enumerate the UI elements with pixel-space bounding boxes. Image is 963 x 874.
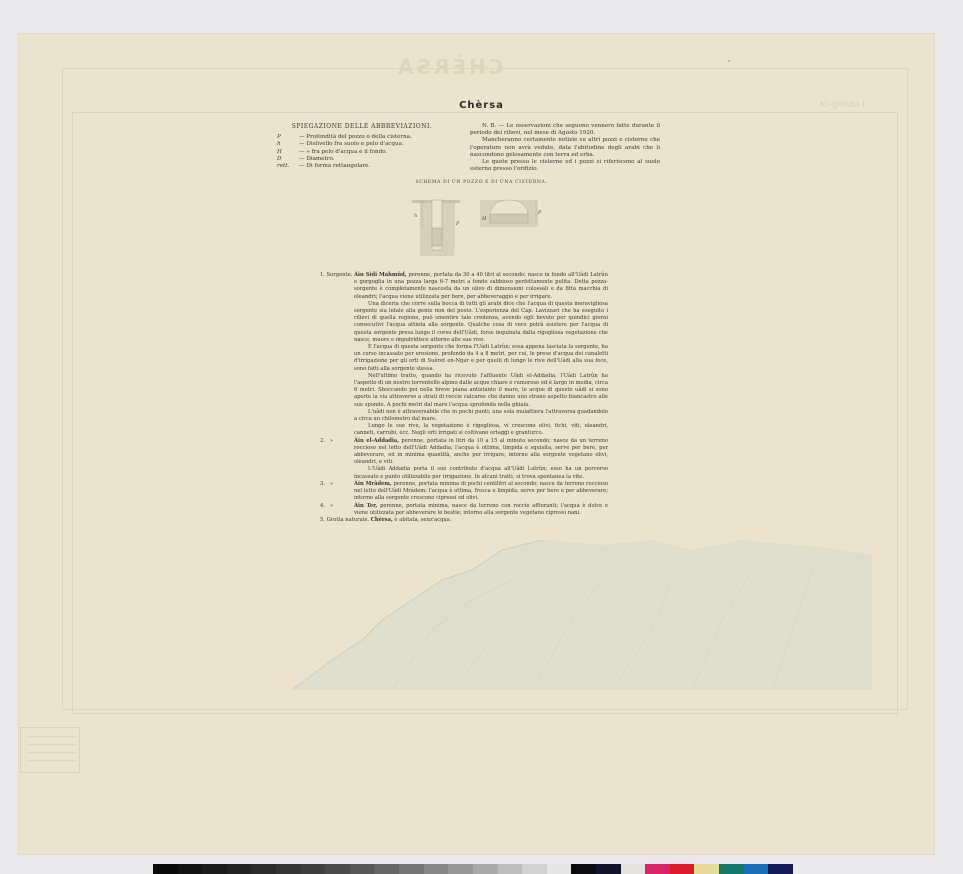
color-swatch	[694, 864, 719, 874]
color-swatch	[498, 864, 523, 874]
nb-paragraph: Le quote presso le cisterne ed i pozzi s…	[470, 159, 660, 173]
faint-topographic-map	[272, 540, 872, 690]
schema-caption: SCHEMA DI UN POZZO E DI UNA CISTERNA.	[0, 180, 963, 185]
nota-bene: N. B. — Le osservazioni che seguono venn…	[470, 123, 660, 173]
entry-prefix: 5. Grotta naturale.	[320, 517, 369, 523]
legend-row: rett. — Di forma rettangolare.	[277, 163, 447, 170]
entry-text: perenne, portata minima, nasce da terren…	[354, 503, 608, 516]
paper-speck	[728, 60, 730, 62]
diagram-label-h: h	[414, 213, 417, 219]
color-swatch	[374, 864, 399, 874]
entry-number: 3. »	[320, 481, 354, 503]
entry-4: 4. » Àin Ter, perenne, portata minima, n…	[320, 503, 608, 517]
color-swatch	[473, 864, 498, 874]
legend-row: H — » fra pelo d'acqua e il fondo.	[277, 149, 447, 156]
color-swatch	[276, 864, 301, 874]
color-swatch	[399, 864, 424, 874]
color-swatch	[251, 864, 276, 874]
legend-row: h — Dislivello fra suolo e pelo d'acqua.	[277, 141, 447, 148]
legend-text: — » fra pelo d'acqua e il fondo.	[299, 149, 387, 156]
diagram-label-p: P	[455, 221, 460, 227]
legend-key: D	[277, 156, 299, 163]
entry-paragraph: Lungo le sue rive, la vegetazione è rigo…	[354, 423, 608, 437]
diagram-label-p-right: P	[537, 210, 542, 216]
color-swatch	[645, 864, 670, 874]
color-swatch	[153, 864, 178, 874]
color-swatch	[719, 864, 744, 874]
color-calibration-bar	[153, 864, 793, 874]
entry-1: 1. Sorgente. Àin Sidi Mahmûd, perenne, p…	[320, 272, 608, 438]
nb-paragraph: N. B. — Le osservazioni che seguono venn…	[470, 123, 660, 137]
well-cistern-diagram: h P H P	[400, 192, 560, 272]
entry-number: 2. »	[320, 438, 354, 481]
legend-text: — Diametro.	[299, 156, 335, 163]
legend-key: H	[277, 149, 299, 156]
legend-text: — Di forma rettangolare.	[299, 163, 370, 170]
color-swatch	[424, 864, 449, 874]
color-swatch	[301, 864, 326, 874]
entry-5: 5. Grotta naturale. Chèrsa, è abitata, s…	[320, 517, 608, 524]
color-swatch	[448, 864, 473, 874]
entry-3: 3. » Àin Mrâdem, perenne, portata minima…	[320, 481, 608, 503]
entry-name: Àin el-Addadia,	[354, 438, 399, 444]
legend-row: P — Profondità del pozzo o della cistern…	[277, 134, 447, 141]
entry-paragraph: Nell'ultimo tratto, quando ha ricevuto l…	[354, 373, 608, 409]
color-swatch	[596, 864, 621, 874]
entry-body: Àin el-Addadia, perenne, portata in litr…	[354, 438, 608, 481]
color-swatch	[350, 864, 375, 874]
color-swatch	[325, 864, 350, 874]
entry-2: 2. » Àin el-Addadia, perenne, portata in…	[320, 438, 608, 481]
entry-paragraph: L'uâdi non è attraversabile che in pochi…	[354, 409, 608, 423]
document-title: Chèrsa	[0, 100, 963, 111]
entry-name: Àin Mrâdem,	[354, 481, 392, 487]
legend-heading: SPIEGAZIONE DELLE ABBREVIAZIONI.	[277, 123, 447, 130]
entry-name: Àin Ter,	[354, 503, 377, 509]
entry-number: 4. »	[320, 503, 354, 517]
color-swatch	[744, 864, 769, 874]
legend-key: h	[277, 141, 299, 148]
spring-entries: 1. Sorgente. Àin Sidi Mahmûd, perenne, p…	[320, 272, 608, 524]
color-swatch	[202, 864, 227, 874]
legend-row: D — Diametro.	[277, 156, 447, 163]
entry-name: Àin Sidi Mahmûd,	[354, 272, 407, 278]
entry-paragraph: È l'acqua di questa sorgente che forma l…	[354, 344, 608, 373]
entry-text: perenne, portata minima di pochi centili…	[354, 481, 608, 501]
color-swatch	[571, 864, 596, 874]
color-swatch	[227, 864, 252, 874]
color-swatch	[621, 864, 646, 874]
color-swatch	[768, 864, 793, 874]
entry-body: Àin Ter, perenne, portata minima, nasce …	[354, 503, 608, 517]
entry-text: è abitata, senz'acqua.	[394, 517, 451, 523]
entry-paragraph: Una diceria che corre sulla bocca di tut…	[354, 301, 608, 344]
archive-stamp	[20, 727, 80, 773]
entry-paragraph: L'Uâdi Addadia porta il suo contributo d…	[354, 466, 608, 480]
nb-paragraph: Mancheranno certamente notizie su altri …	[470, 137, 660, 159]
abbreviations-legend: SPIEGAZIONE DELLE ABBREVIAZIONI. P — Pro…	[277, 123, 447, 170]
legend-text: — Profondità del pozzo o della cisterna.	[299, 134, 412, 141]
diagram-label-H: H	[481, 216, 487, 222]
legend-text: — Dislivello fra suolo e pelo d'acqua.	[299, 141, 404, 148]
entry-name: Chèrsa,	[371, 517, 393, 523]
entry-body: Àin Sidi Mahmûd, perenne, portata da 30 …	[354, 272, 608, 438]
color-swatch	[522, 864, 547, 874]
entry-body: Àin Mrâdem, perenne, portata minima di p…	[354, 481, 608, 503]
entry-number: 1. Sorgente.	[320, 272, 354, 438]
color-swatch	[178, 864, 203, 874]
bleed-through-title: CHÈRSA	[395, 55, 503, 79]
color-swatch	[547, 864, 572, 874]
legend-key: rett.	[277, 163, 299, 170]
legend-key: P	[277, 134, 299, 141]
color-swatch	[670, 864, 695, 874]
